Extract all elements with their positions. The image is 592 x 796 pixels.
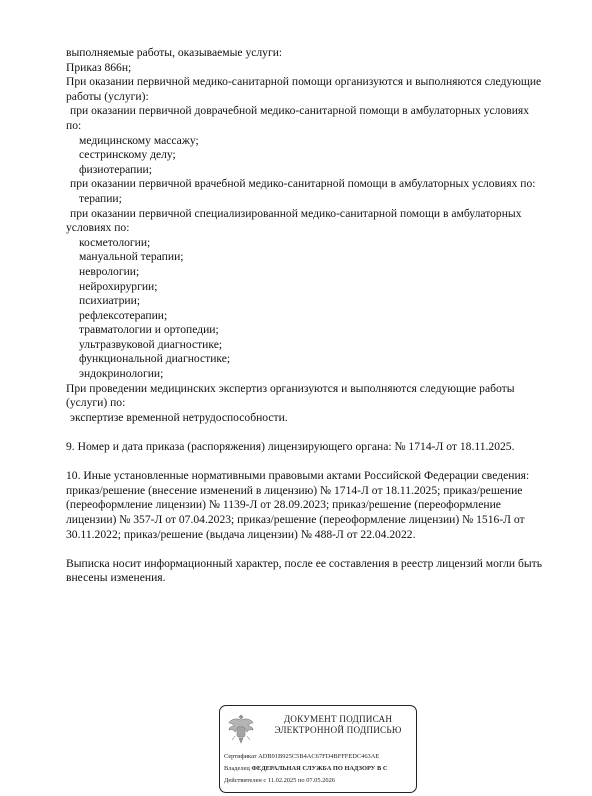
document-line: (переоформление лицензии) № 1139-Л от 28… — [66, 498, 566, 513]
document-line: При оказании первичной медико-санитарной… — [66, 75, 566, 90]
certificate-value: ADB91B925C5B4AC67FD4BFFFEDC463AE — [258, 753, 379, 760]
document-line: по: — [66, 119, 566, 134]
document-line: 10. Иные установленные нормативными прав… — [66, 469, 566, 484]
owner-row: Владелец ФЕДЕРАЛЬНАЯ СЛУЖБА ПО НАДЗОРУ В… — [224, 763, 387, 775]
document-line: при оказании первичной врачебной медико-… — [66, 177, 566, 192]
document-line: при оказании первичной доврачебной медик… — [66, 104, 566, 119]
electronic-signature-stamp: ДОКУМЕНТ ПОДПИСАН ЭЛЕКТРОННОЙ ПОДПИСЬЮ С… — [219, 705, 417, 793]
stamp-title: ДОКУМЕНТ ПОДПИСАН ЭЛЕКТРОННОЙ ПОДПИСЬЮ — [264, 714, 412, 736]
document-line: 30.11.2022; приказ/решение (выдача лицен… — [66, 528, 566, 543]
document-line: лицензии) № 357-Л от 07.04.2023; приказ/… — [66, 513, 566, 528]
stamp-title-line2: ЭЛЕКТРОННОЙ ПОДПИСЬЮ — [264, 725, 412, 736]
coat-of-arms-icon — [226, 712, 256, 746]
document-line: эндокринологии; — [66, 367, 566, 382]
document-line: сестринскому делу; — [66, 148, 566, 163]
document-line: условиях по: — [66, 221, 566, 236]
document-line: нейрохирургии; — [66, 280, 566, 295]
document-line: мануальной терапии; — [66, 250, 566, 265]
document-line: Приказ 866н; — [66, 61, 566, 76]
document-line: приказ/решение (внесение изменений в лиц… — [66, 484, 566, 499]
document-line: неврологии; — [66, 265, 566, 280]
document-line: внесены изменения. — [66, 571, 566, 586]
document-line: физиотерапии; — [66, 163, 566, 178]
document-line: Выписка носит информационный характер, п… — [66, 557, 566, 572]
document-line: терапии; — [66, 192, 566, 207]
owner-label: Владелец — [224, 765, 250, 772]
paragraph-gap — [66, 455, 566, 470]
certificate-label: Сертификат — [224, 753, 257, 760]
certificate-row: Сертификат ADB91B925C5B4AC67FD4BFFFEDC46… — [224, 751, 387, 763]
document-page: выполняемые работы, оказываемые услуги:П… — [0, 0, 592, 796]
document-line: травматологии и ортопедии; — [66, 323, 566, 338]
document-line: косметологии; — [66, 236, 566, 251]
document-line: ультразвуковой диагностике; — [66, 338, 566, 353]
paragraph-gap — [66, 425, 566, 440]
paragraph-gap — [66, 542, 566, 557]
owner-value: ФЕДЕРАЛЬНАЯ СЛУЖБА ПО НАДЗОРУ В С — [251, 765, 387, 772]
stamp-title-line1: ДОКУМЕНТ ПОДПИСАН — [264, 714, 412, 725]
stamp-details: Сертификат ADB91B925C5B4AC67FD4BFFFEDC46… — [224, 751, 387, 787]
document-line: функциональной диагностике; — [66, 352, 566, 367]
document-line: экспертизе временной нетрудоспособности. — [66, 411, 566, 426]
validity-row: Действителен с 11.02.2025 по 07.05.2026 — [224, 775, 387, 787]
document-line: рефлексотерапии; — [66, 309, 566, 324]
document-line: работы (услуги): — [66, 90, 566, 105]
document-line: выполняемые работы, оказываемые услуги: — [66, 46, 566, 61]
document-line: При проведении медицинских экспертиз орг… — [66, 382, 566, 397]
document-line: 9. Номер и дата приказа (распоряжения) л… — [66, 440, 566, 455]
document-body: выполняемые работы, оказываемые услуги:П… — [66, 46, 566, 586]
document-line: при оказании первичной специализированно… — [66, 207, 566, 222]
document-line: психиатрии; — [66, 294, 566, 309]
document-line: (услуги) по: — [66, 396, 566, 411]
document-line: медицинскому массажу; — [66, 134, 566, 149]
